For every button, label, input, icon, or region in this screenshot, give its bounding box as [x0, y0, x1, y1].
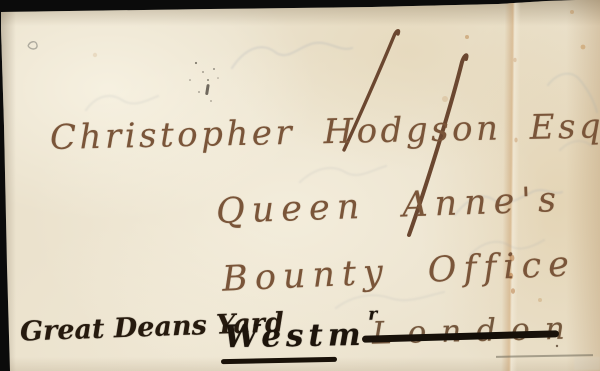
address-line-recipient: Christopher Hodgson Esq:: [50, 106, 600, 158]
redirection-place-text: Westm: [224, 317, 366, 355]
scanned-letter-photo: 1/1 Christopher Hodgson Esq: Queen Anne'…: [0, 0, 600, 371]
letter-sheet: 1/1 Christopher Hodgson Esq: Queen Anne'…: [0, 0, 600, 371]
place-underline: [221, 357, 337, 364]
address-line-institution-1: Queen Anne's: [215, 180, 563, 232]
redirection-place-superscript: r: [368, 304, 377, 324]
faint-pencil-line: [496, 354, 593, 358]
address-line-institution-2: Bounty Office: [221, 244, 576, 299]
redirection-place: Westmr: [224, 317, 375, 356]
grey-scribble-mark: [28, 42, 37, 49]
postmark-smudge: [189, 62, 219, 102]
